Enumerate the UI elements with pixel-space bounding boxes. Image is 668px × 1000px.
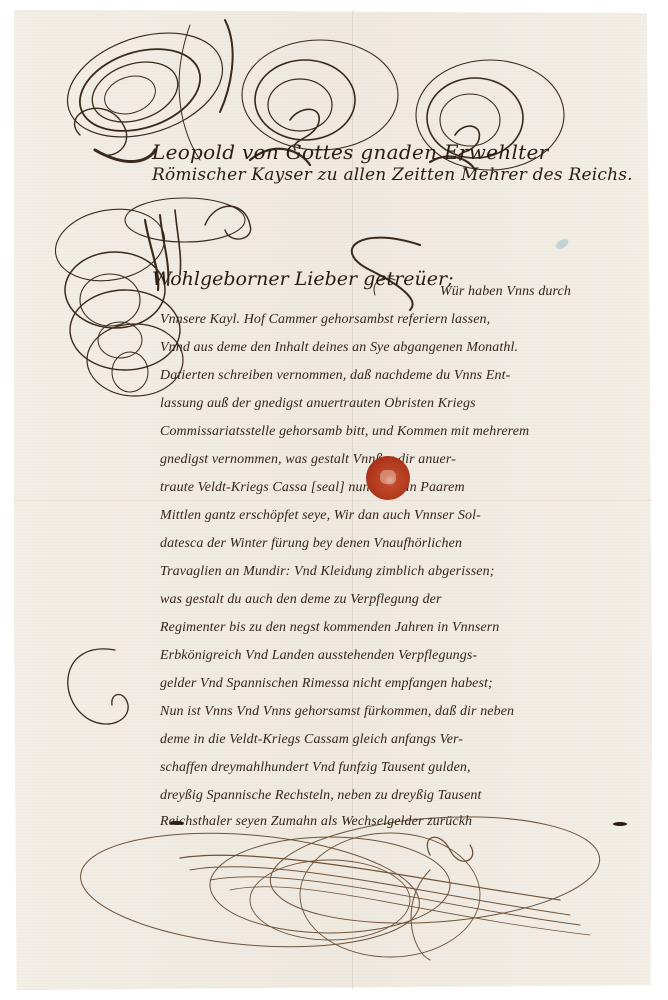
wax-seal [366,456,410,500]
body-line: Commissariatsstelle gehorsamb bitt, und … [160,424,529,440]
seal-impression [380,470,396,484]
body-line: was gestalt du auch den deme zu Verpfleg… [160,592,442,608]
body-line: Datierten schreiben vernommen, daß nachd… [160,368,510,384]
body-line: traute Veldt-Kriegs Cassa [seal] nunmehr… [160,480,465,496]
body-line: Reichsthaler seyen Zumahn als Wechselgel… [160,814,472,830]
body-line: Wür haben Vnns durch [440,284,571,300]
body-line: dreyßig Spannische Rechsteln, neben zu d… [160,788,482,804]
body-line: Mittlen gantz erschöpfet seye, Wir dan a… [160,508,481,524]
body-line: Vnnd aus deme den Inhalt deines an Sye a… [160,340,518,356]
body-line: gelder Vnd Spannischen Rimessa nicht emp… [160,676,493,692]
body-line: lassung auß der gnedigst anuertrauten Ob… [160,396,476,412]
body-line: datesca der Winter fürung bey denen Vnau… [160,536,462,552]
heading-line-2: Römischer Kayser zu allen Zeitten Mehrer… [152,165,633,185]
body-line: schaffen dreymahlhundert Vnd funfzig Tau… [160,760,471,776]
binding-slit-right [613,822,627,826]
body-line: deme in die Veldt-Kriegs Cassam gleich a… [160,732,463,748]
body-line: Regimenter bis zu den negst kommenden Ja… [160,620,499,636]
horizontal-fold-line [14,500,652,501]
body-line: Erbkönigreich Vnd Landen ausstehenden Ve… [160,648,477,664]
body-line: Vnnsere Kayl. Hof Cammer gehorsambst ref… [160,312,490,328]
body-line: Travaglien an Mundir: Vnd Kleidung zimbl… [160,564,494,580]
salutation: Wohlgeborner Lieber getreüer; [152,268,454,290]
body-line: Nun ist Vnns Vnd Vnns gehorsamst fürkomm… [160,704,514,720]
heading-line-1: Leopold von Gottes gnaden Erwehlter [152,140,549,164]
document-page: Leopold von Gottes gnaden Erwehlter Römi… [0,0,668,1000]
body-line: gnedigst vernommen, was gestalt Vnnßer d… [160,452,456,468]
